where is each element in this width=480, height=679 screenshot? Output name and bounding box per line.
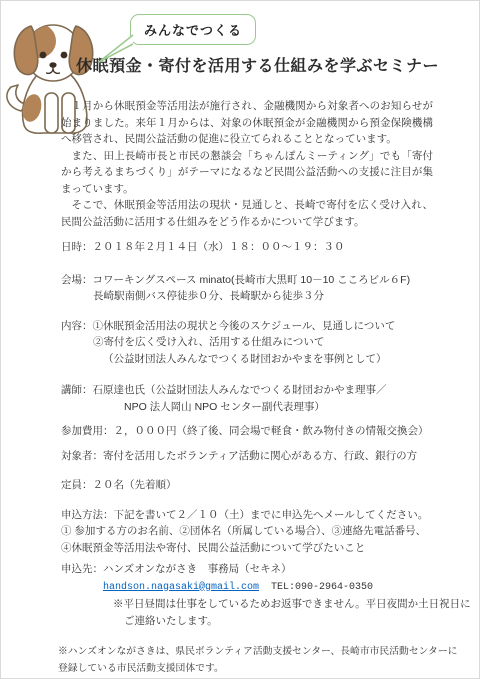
intro-paragraph-2: また、田上長崎市長と市民の懇談会「ちゃんぽんミーティング」でも「寄付から考えるま…: [61, 148, 433, 198]
section-datetime: 日時：２０１８年２月１４日（水）１８：００～１９：３０: [61, 239, 433, 256]
section-contents: 内容：①休眠預金活用法の現状と今後のスケジュール、見通しについて ②寄付を広く受…: [61, 318, 433, 368]
datetime-value: ２０１８年２月１４日（水）１８：００～１９：３０: [93, 241, 345, 253]
contact-note-line1: ※平日昼間は仕事をしているためお返事できません。平日夜間か土日祝日に: [61, 596, 433, 613]
footer-note-line2: 登録している市民活動支援団体です。: [58, 660, 470, 677]
contact-email-link[interactable]: handson.nagasaki@gmail.com: [103, 582, 259, 593]
fee-value: ２，０００円（終了後、同会場で軽食・飲み物付きの情報交換会）: [114, 425, 429, 437]
speech-bubble-text: みんなでつくる: [144, 23, 242, 38]
contact-label: 申込先：: [61, 563, 103, 575]
capacity-value: ２０名（先着順）: [93, 479, 177, 491]
application-line2: ① 参加する方のお名前、②団体名（所属している場合）、③連絡先電話番号、: [61, 523, 433, 540]
venue-line1: コワーキングスペース minato(長崎市大黒町 10－10 こころビル６F): [93, 274, 411, 286]
audience-label: 対象者：: [61, 450, 103, 462]
intro-paragraph-3: そこで、休眠預金等活用法の現状・見通しと、長崎で寄付を広く受け入れ、民間公益活動…: [61, 197, 433, 230]
venue-line2: 長崎駅南側バス停徒歩０分、長崎駅から徒歩３分: [61, 288, 433, 305]
contents-line1: ①休眠預金活用法の現状と今後のスケジュール、見通しについて: [93, 320, 396, 332]
section-venue: 会場：コワーキングスペース minato(長崎市大黒町 10－10 こころビル６…: [61, 272, 433, 305]
application-line3: ④休眠預金等活用法や寄付、民間公益活動について学びたいこと: [61, 540, 433, 557]
contact-line1: ハンズオンながさき 事務局（セキネ）: [103, 563, 291, 575]
venue-label: 会場：: [61, 274, 93, 286]
speech-bubble-tail: [97, 33, 135, 65]
seminar-flyer-page: みんなでつくる 休眠預金・寄付を活用する仕組みを学ぶセミナー １月から休眠預金等…: [0, 0, 480, 679]
contents-label: 内容：: [61, 320, 93, 332]
datetime-label: 日時：: [61, 241, 93, 253]
audience-value: 寄付を活用したボランティア活動に関心がある方、行政、銀行の方: [103, 450, 417, 462]
lecturer-line2: NPO 法人岡山 NPO センター副代表理事）: [61, 399, 433, 416]
lecturer-label: 講師：: [61, 384, 93, 396]
intro-paragraph-1: １月から休眠預金等活用法が施行され、金融機関から対象者へのお知らせが始まりました…: [61, 98, 433, 148]
section-audience: 対象者：寄付を活用したボランティア活動に関心がある方、行政、銀行の方: [61, 448, 433, 465]
application-line1: 下記を書いて２／１０（土）までに申込先へメールしてください。: [114, 509, 429, 521]
footer-note-line1: ※ハンズオンながさきは、県民ボランティア活動支援センター、長崎市市民活動センター…: [58, 643, 470, 660]
contents-line3: （公益財団法人みんなでつくる財団おかやまを事例として）: [61, 351, 433, 368]
capacity-label: 定員：: [61, 479, 93, 491]
section-application: 申込方法：下記を書いて２／１０（土）までに申込先へメールしてください。 ① 参加…: [61, 507, 433, 557]
document-body: １月から休眠預金等活用法が施行され、金融機関から対象者へのお知らせが始まりました…: [61, 98, 433, 677]
intro-paragraphs: １月から休眠預金等活用法が施行され、金融機関から対象者へのお知らせが始まりました…: [61, 98, 433, 230]
contents-line2: ②寄付を広く受け入れ、活用する仕組みについて: [61, 334, 433, 351]
contact-tel: TEL:090-2964-0350: [271, 582, 373, 593]
lecturer-line1: 石原達也氏（公益財団法人みんなでつくる財団おかやま理事／: [93, 384, 387, 396]
section-capacity: 定員：２０名（先着順）: [61, 477, 433, 494]
speech-bubble: みんなでつくる: [130, 14, 256, 45]
contact-note-line2: ご連絡いたします。: [61, 613, 433, 630]
section-lecturer: 講師：石原達也氏（公益財団法人みんなでつくる財団おかやま理事／ NPO 法人岡山…: [61, 382, 433, 415]
section-fee: 参加費用：２，０００円（終了後、同会場で軽食・飲み物付きの情報交換会）: [61, 423, 433, 440]
application-label: 申込方法：: [61, 509, 114, 521]
fee-label: 参加費用：: [61, 425, 114, 437]
footer-note: ※ハンズオンながさきは、県民ボランティア活動支援センター、長崎市市民活動センター…: [58, 643, 470, 677]
section-contact: 申込先：ハンズオンながさき 事務局（セキネ） handson.nagasaki@…: [61, 561, 433, 629]
